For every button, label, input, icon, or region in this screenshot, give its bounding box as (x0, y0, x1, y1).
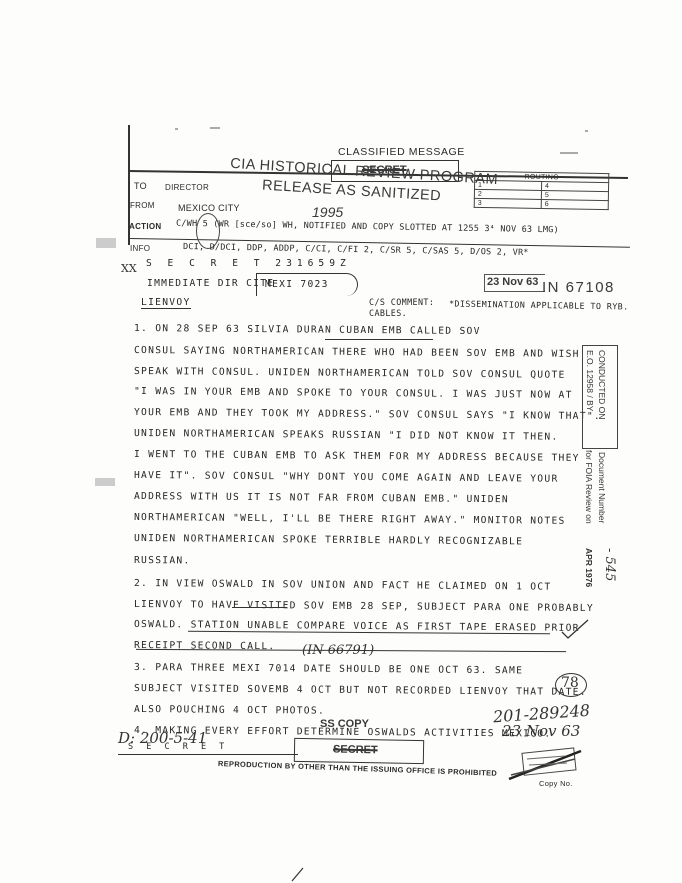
message-line: 1. ON 28 SEP 63 SILVIA DURAN CUBAN EMB C… (134, 323, 481, 337)
copy-number-label: Copy No. (539, 779, 573, 788)
routing-slot-3: 3 (474, 198, 541, 208)
scan-speck (96, 238, 116, 248)
cs-comment: *DISSEMINATION APPLICABLE TO RYB. (449, 298, 629, 311)
to-value: DIRECTOR (165, 183, 209, 192)
to-label: TO (134, 181, 147, 191)
stamp-by: E.O. 12958 / BY (585, 350, 595, 411)
message-line: UNIDEN NORTHAMERICAN SPOKE TERRIBLE HARD… (134, 533, 523, 547)
action-value: C/WH 5 (WR [sce/so] WH, NOTIFIED AND COP… (176, 219, 559, 236)
cite-number: MEXI 7023 (265, 279, 329, 290)
handwritten-file-date: 23 Nov 63 (502, 722, 580, 740)
cs-comment-line2: CABLES. (369, 308, 407, 318)
cryptonym: LIENVOY (141, 297, 191, 309)
message-line: RUSSIAN. (134, 555, 191, 566)
footer-rule (118, 754, 298, 755)
routing-slot-6: 6 (541, 199, 608, 209)
underline-oswald (232, 607, 287, 608)
stamp-document-number-label: Document Number (597, 452, 607, 523)
from-label: FROM (130, 201, 155, 210)
message-closing: S E C R E T (128, 742, 228, 752)
stamp-conducted-on: CONDUCTED ON (597, 350, 607, 419)
footer-secret: SECRET (333, 744, 378, 757)
stamp-document-number: - 545 (602, 548, 617, 581)
message-line: I WENT TO THE CUBAN EMB TO ASK THEM FOR … (134, 449, 580, 464)
scan-speck (210, 127, 220, 129)
handwritten-xx: XX (121, 262, 137, 275)
stamp-foia-label: for FOIA Review on (584, 450, 594, 524)
message-line: CONSUL SAYING NORTHAMERICAN THERE WHO HA… (134, 345, 580, 360)
stray-pen-mark (290, 866, 306, 882)
declassification-stamp: CONDUCTED ON E.O. 12958 / BY (582, 345, 618, 449)
circled-number: 78 (561, 675, 579, 691)
scan-speck (175, 128, 178, 130)
from-value: MEXICO CITY (178, 203, 240, 213)
in-number-stamp: IN 67108 (542, 279, 615, 296)
message-line: LIENVOY TO HAVE VISITED SOV EMB 28 SEP, … (134, 599, 594, 614)
scan-speck (560, 152, 578, 154)
footer-classification-box: SECRET (294, 738, 424, 764)
classified-message-header: CLASSIFIED MESSAGE (338, 146, 465, 158)
scan-speck (95, 478, 115, 486)
message-line: SPEAK WITH CONSUL. UNIDEN NORTHAMERICAN … (134, 366, 566, 381)
message-line: "I WAS IN YOUR EMB AND SPOKE TO YOUR CON… (134, 386, 573, 401)
message-line: 3. PARA THREE MEXI 7014 DATE SHOULD BE O… (134, 662, 523, 676)
message-line: UNIDEN NORTHAMERICAN SPEAKS RUSSIAN "I D… (134, 428, 559, 443)
scan-speck (585, 130, 588, 132)
underline-duran (325, 339, 433, 340)
message-line: HAVE IT". SOV CONSUL "WHY DONT YOU COME … (134, 470, 559, 485)
handwritten-in-ref: (IN 66791) (302, 643, 374, 658)
message-line: ALSO POUCHING 4 OCT PHOTOS. (134, 704, 325, 717)
in-date-stamp: 23 Nov 63 (487, 276, 538, 288)
checkmark-icon (560, 618, 590, 642)
message-line: 2. IN VIEW OSWALD IN SOV UNION AND FACT … (134, 578, 552, 593)
cs-comment-label: C/S COMMENT: (369, 297, 434, 307)
message-line: NORTHAMERICAN "WELL, I'LL BE THERE RIGHT… (134, 512, 566, 527)
action-label: ACTION (129, 222, 161, 231)
release-stamp-year: 1995 (312, 204, 343, 220)
info-label: INFO (130, 244, 150, 253)
message-line: SUBJECT VISITED SOVEMB 4 OCT BUT NOT REC… (134, 683, 587, 698)
message-line: ADDRESS WITH US IT IS NOT FAR FROM CUBAN… (134, 491, 509, 505)
ss-copy-stamp: SS COPY (320, 718, 369, 730)
stamp-foia-date: APR 1976 (584, 548, 594, 587)
message-line: YOUR EMB AND THEY TOOK MY ADDRESS." SOV … (134, 407, 601, 422)
message-classification: S E C R E T 231659Z (146, 258, 351, 269)
